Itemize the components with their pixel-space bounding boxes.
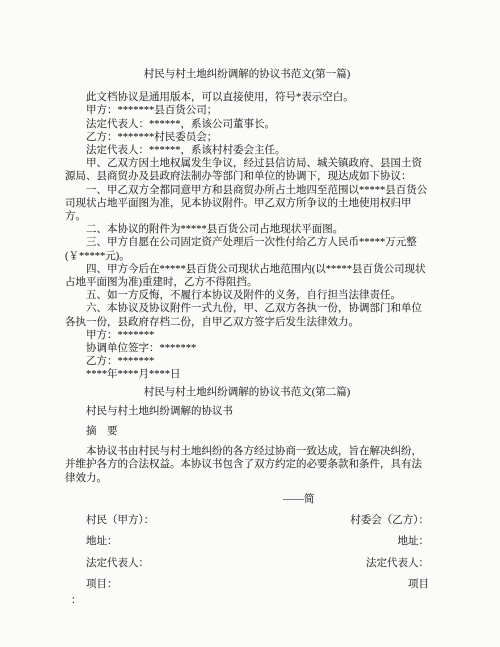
abstract-label: 摘 要 — [65, 425, 429, 438]
doc1-title: 村民与村土地纠纷调解的协议书范文(第一篇) — [65, 68, 429, 81]
doc2-subtitle: 村民与村土地纠纷调解的协议书 — [65, 405, 429, 418]
party-a-project-label: 项目： — [86, 578, 118, 591]
clause-1: 一、甲乙双方全都同意甲方和县商贸办所占土地四至范围以*****县百货公司现状占地… — [65, 184, 429, 224]
signature-date: ****年****月****日 — [65, 368, 429, 381]
doc2-title: 村民与村土地纠纷调解的协议书范文(第二篇) — [65, 386, 429, 399]
representative-row: 法定代表人： 法定代表人： — [65, 557, 429, 570]
party-b-address-label: 地址： — [398, 535, 430, 548]
clause-4: 四、甲方今后在*****县百货公司现状占地范围内(以*****县百货公司现状占地… — [65, 263, 429, 289]
party-b-line: 乙方：*******村民委员会； — [65, 131, 429, 144]
dispute-background-paragraph: 甲、乙双方因土地权属发生争议，经过县信访局、城关镇政府、县国土资源局、县商贸办及… — [65, 157, 429, 183]
party-a-line: 甲方：*******县百货公司； — [65, 104, 429, 117]
clause-2: 二、本协议的附件为*****县百货公司占地现状平面图。 — [65, 223, 429, 236]
project-row: 项目： 项目 — [65, 578, 429, 591]
signature-party-b: 乙方：******* — [65, 355, 429, 368]
clause-5: 五、如一方反悔，不履行本协议及附件的义务，自行担当法律责任。 — [65, 289, 429, 302]
party-b-representative-label: 法定代表人： — [366, 557, 429, 570]
party-b-label: 村委会（乙方）： — [350, 514, 429, 527]
party-a-address-label: 地址： — [86, 535, 118, 548]
signature-party-a: 甲方：******* — [65, 329, 429, 342]
signature-mediator: 协调单位签字：******* — [65, 342, 429, 355]
party-b-representative-line: 法定代表人：******，系该村村委会主任。 — [65, 144, 429, 157]
clause-3: 三、甲方自愿在公司固定资产处理后一次性付给乙方人民币*****万元整(￥****… — [65, 236, 429, 262]
party-a-representative-line: 法定代表人：******，系该公司董事长。 — [65, 118, 429, 131]
party-a-representative-label: 法定代表人： — [86, 557, 149, 570]
address-row: 地址： 地址： — [65, 535, 429, 548]
party-names-row: 村民（甲方）： 村委会（乙方）： — [65, 514, 429, 527]
party-b-project-label: 项目 — [408, 578, 429, 591]
signature-mark: ——简 — [65, 493, 429, 506]
wrapped-colon: ： — [65, 594, 429, 607]
usage-note: 此文档协议是通用版本，可以直接使用，符号*表示空白。 — [65, 91, 429, 104]
clause-6: 六、本协议及协议附件一式九份，甲、乙双方各执一份，协调部门和单位各执一份，县政府… — [65, 302, 429, 328]
party-a-label: 村民（甲方）： — [86, 514, 154, 527]
abstract-paragraph: 本协议书由村民与村土地纠纷的各方经过协商一致达成，旨在解决纠纷，并维护各方的合法… — [65, 445, 429, 485]
document-page: 村民与村土地纠纷调解的协议书范文(第一篇) 此文档协议是通用版本，可以直接使用，… — [0, 0, 500, 647]
